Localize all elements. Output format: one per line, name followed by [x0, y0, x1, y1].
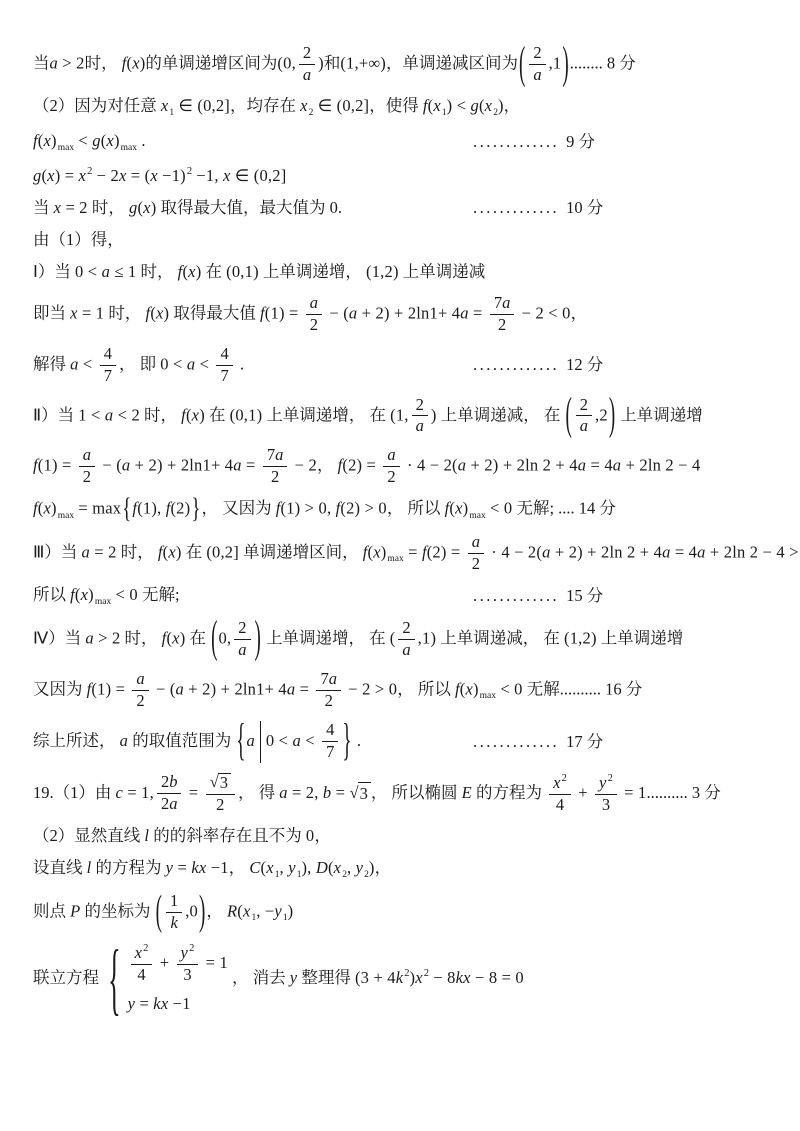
text: 即当: [33, 303, 70, 322]
denominator: 2: [79, 467, 95, 487]
fraction: 2a: [234, 619, 250, 660]
math-text: < g(x): [74, 131, 120, 150]
math-text: (1,+∞): [340, 53, 386, 72]
denominator: 2: [494, 315, 510, 335]
leader-dots: .............: [473, 132, 559, 151]
math-text: f(x): [162, 628, 186, 647]
score-label: 15 分: [566, 586, 603, 605]
fraction: y23: [177, 943, 199, 985]
math-text: a: [120, 730, 128, 749]
denominator: a: [299, 65, 315, 85]
math-text: = 1: [201, 953, 228, 972]
math-text: f(x): [70, 585, 94, 604]
math-text: − 2 < 0: [517, 303, 570, 322]
text: Ⅲ）当: [33, 542, 82, 561]
text: ， 所以: [397, 679, 455, 698]
math-text: − 2x = (x −1): [92, 166, 186, 185]
math-text: f(2) =: [338, 456, 381, 475]
text: Ⅰ）当: [33, 262, 75, 281]
text: 当: [33, 53, 50, 72]
leader-dots: .............: [473, 355, 559, 374]
math-text: =: [184, 783, 202, 802]
text: .......... 3 分: [646, 783, 720, 802]
math-text: x = 2: [54, 198, 88, 217]
math-text: c = 1,: [116, 783, 154, 802]
math-text: f(1) =: [87, 679, 130, 698]
text: 取得最大值，最大值为 0.: [156, 198, 342, 217]
denominator: 2: [212, 795, 228, 815]
score-leader: .............15 分: [473, 585, 603, 607]
fraction: a2: [79, 446, 95, 487]
math-text: ,2: [595, 405, 608, 424]
text: ， 所以椭圆: [371, 783, 462, 802]
text: 在: [185, 628, 210, 647]
fraction: 2a: [412, 396, 428, 437]
radicand: 3: [358, 782, 371, 805]
exam-solution-page: 当a > 2时， f(x)的单调递增区间为(0,2a)和(1,+∞)，单调递减区…: [0, 0, 800, 1131]
text: 上单调递增，: [259, 262, 366, 281]
numerator: y2: [177, 943, 199, 965]
math-text: − 2: [290, 456, 317, 475]
text: ，均存在: [230, 96, 300, 115]
math-text: .: [137, 131, 146, 150]
denominator: 2: [132, 691, 148, 711]
big-paren: ): [198, 884, 206, 940]
numerator: a: [79, 446, 95, 467]
numerator: √3: [206, 773, 235, 795]
math-text: · 4 − 2(a + 2) + 2ln 2 + 4a = 4a + 2ln 2…: [403, 456, 701, 475]
big-paren: (: [564, 385, 572, 447]
divider-bar: [260, 721, 261, 763]
math-text: (1,2): [564, 628, 597, 647]
math-text: f(x): [455, 679, 479, 698]
text: 由（1）得，: [33, 230, 124, 249]
math-text: ,0: [185, 901, 198, 920]
fraction: 2a: [398, 619, 414, 660]
math-text: = max: [74, 499, 121, 518]
fraction: 47: [322, 721, 338, 762]
math-text: − 8kx − 8 = 0: [429, 968, 524, 987]
numerator: 7a: [263, 446, 288, 467]
text: ，: [229, 858, 250, 877]
text: 单调递增区间，: [239, 542, 363, 561]
text: 当: [33, 198, 54, 217]
denominator: 3: [598, 795, 614, 815]
text: 上单调递增: [597, 628, 684, 647]
math-text: (0,2]: [206, 542, 239, 561]
denominator: 2: [306, 315, 322, 335]
sqrt: √3: [210, 773, 231, 793]
text: 又因为: [33, 679, 87, 698]
text: 时，: [85, 53, 122, 72]
text: 上单调递减， 在: [437, 405, 565, 424]
math-text: − (a + 2) + 2ln1+ 4a =: [325, 303, 487, 322]
numerator: x2: [131, 943, 153, 965]
text: 解得: [33, 354, 70, 373]
solution-line-1: 当a > 2时， f(x)的单调递增区间为(0,2a)和(1,+∞)，单调递减区…: [33, 44, 772, 85]
big-paren: (: [210, 608, 218, 670]
leader-dots: .............: [473, 732, 559, 751]
superscript: 2: [608, 773, 613, 784]
math-text: , −y: [256, 901, 282, 920]
denominator: k: [166, 913, 181, 933]
math-text: ∈ (0,2]: [174, 96, 230, 115]
text: 设直线: [33, 858, 87, 877]
big-paren: ): [561, 34, 569, 96]
superscript: 2: [189, 943, 194, 954]
text: 上单调递增， 在: [262, 628, 390, 647]
subscript: max: [95, 597, 111, 607]
math-text: 0 < a <: [266, 730, 319, 749]
math-text: (0,1): [230, 405, 263, 424]
text: 无解.......... 16 分: [523, 679, 643, 698]
math-text: − 2 > 0: [344, 679, 397, 698]
math-text: P: [70, 901, 80, 920]
math-text: x: [161, 96, 169, 115]
math-text: = 1: [620, 783, 647, 802]
text: ， 消去: [232, 968, 290, 987]
fraction: 2a: [299, 44, 315, 85]
math-text: .: [236, 354, 245, 373]
denominator: 4: [552, 795, 568, 815]
math-text: f(1) > 0, f(2) > 0: [276, 499, 387, 518]
math-text: f(1), f(2): [132, 499, 190, 518]
math-text: · 4 − 2(a + 2) + 2ln 2 + 4a = 4a + 2ln 2…: [487, 542, 800, 561]
solution-line-15: Ⅳ）当 a > 2 时， f(x) 在 (0,2a) 上单调递增， 在 (2a,…: [33, 619, 772, 660]
numerator: 2: [398, 619, 414, 640]
denominator: 7: [216, 366, 232, 386]
math-text: (1,2): [366, 262, 399, 281]
math-text: (0,: [277, 53, 295, 72]
fraction: 7a2: [490, 294, 515, 335]
math-text: − (a + 2) + 2ln1+ 4a =: [98, 456, 260, 475]
denominator: 2: [321, 691, 337, 711]
text: ........ 8 分: [570, 53, 636, 72]
math-text: < 0: [496, 679, 523, 698]
math-text: f(1) =: [33, 456, 76, 475]
fraction: 1k: [166, 892, 182, 933]
math-text: 0,: [218, 628, 231, 647]
math-text: )x: [410, 968, 423, 987]
solution-line-12: f(x)max = max{f(1), f(2)}， 又因为 f(1) > 0,…: [33, 497, 772, 523]
math-text: − (a + 2) + 2ln1+ 4a =: [152, 679, 314, 698]
denominator: 2: [267, 467, 283, 487]
text: 时，: [117, 542, 158, 561]
leader-dots: .............: [473, 198, 559, 217]
fraction: 2b2a: [157, 773, 182, 814]
text: 在: [205, 405, 230, 424]
numerator: 7a: [316, 670, 341, 691]
math-text: < 0: [111, 585, 138, 604]
fraction: a2: [383, 446, 399, 487]
text: （2）显然直线: [33, 826, 144, 845]
fraction: a2: [132, 670, 148, 711]
math-text: f(x): [445, 499, 469, 518]
text: ， 又因为: [201, 499, 275, 518]
math-text: ,1): [418, 628, 436, 647]
denominator: 4: [133, 965, 149, 985]
solution-line-9: 解得 a < 47， 即 0 < a < 47 ..............12…: [33, 345, 772, 386]
solution-line-20: 设直线 l 的方程为 y = kx −1， C(x1, y1), D(x2, y…: [33, 857, 772, 882]
numerator: x2: [549, 773, 571, 795]
math-text: a = 2, b =: [279, 783, 349, 802]
math-text: g(x): [129, 198, 156, 217]
text: （2）因为对任意: [33, 96, 161, 115]
denominator: 7: [322, 742, 338, 762]
text: 的取值范围为: [128, 730, 235, 749]
system-rows: x24 + y23 = 1y = kx −1: [128, 943, 228, 1015]
text: Ⅱ）当: [33, 405, 78, 424]
text: ，: [504, 96, 521, 115]
math-text: C(x: [249, 858, 273, 877]
text: ，: [317, 456, 338, 475]
math-text: x: [300, 96, 308, 115]
numerator: 1: [166, 892, 182, 913]
text: 则点: [33, 901, 70, 920]
text: 综上所述，: [33, 730, 120, 749]
subscript: max: [121, 143, 137, 153]
text: ， 所以: [387, 499, 445, 518]
solution-line-22: 联立方程 {x24 + y23 = 1y = kx −1， 消去 y 整理得 (…: [33, 943, 772, 1015]
radicand: 3: [218, 773, 231, 793]
text: 19.（1）由: [33, 783, 116, 802]
fraction: x24: [131, 943, 153, 985]
numerator: 2: [299, 44, 315, 65]
text: 联立方程: [33, 968, 103, 987]
subscript: max: [58, 511, 74, 521]
solution-line-11: f(1) = a2 − (a + 2) + 2ln1+ 4a = 7a2 − 2…: [33, 446, 772, 487]
solution-line-16: 又因为 f(1) = a2 − (a + 2) + 2ln1+ 4a = 7a2…: [33, 670, 772, 711]
numerator: 7a: [490, 294, 515, 315]
denominator: a: [234, 640, 250, 660]
system-row: x24 + y23 = 1: [128, 943, 228, 985]
text: 的的斜率存在且不为: [149, 826, 306, 845]
math-text: , y: [347, 858, 363, 877]
text: 取得最大值: [169, 303, 260, 322]
fraction: 7a2: [316, 670, 341, 711]
math-text: a: [246, 730, 254, 749]
fraction: a2: [306, 294, 322, 335]
big-paren: (: [155, 884, 163, 940]
score-label: 12 分: [566, 355, 603, 374]
document-body: 当a > 2时， f(x)的单调递增区间为(0,2a)和(1,+∞)，单调递减区…: [33, 44, 772, 1015]
math-text: g(x) = x: [33, 166, 86, 185]
fraction: 47: [100, 345, 116, 386]
denominator: 2a: [157, 794, 182, 814]
math-text: = f(2) =: [404, 542, 465, 561]
math-text: y = kx −1: [166, 858, 229, 877]
text: 在: [182, 542, 207, 561]
fraction: √32: [206, 773, 235, 815]
fraction: x24: [549, 773, 571, 815]
math-text: a > 2: [50, 53, 85, 72]
solution-line-18: 19.（1）由 c = 1,2b2a = √32， 得 a = 2, b = √…: [33, 773, 772, 815]
text: 时，: [104, 303, 145, 322]
subscript: max: [58, 143, 74, 153]
numerator: a: [383, 446, 399, 467]
text: 时，: [120, 628, 161, 647]
text: ， 即: [119, 354, 160, 373]
math-text: y: [181, 943, 189, 962]
math-text: f(x): [181, 405, 205, 424]
solution-line-14: 所以 f(x)max < 0 无解;.............15 分: [33, 584, 772, 609]
fraction: a2: [468, 533, 484, 574]
text: 上单调递减， 在: [436, 628, 564, 647]
math-text: ∈ (0,2]: [313, 96, 369, 115]
subscript: max: [387, 554, 403, 564]
score-leader: .............12 分: [473, 354, 603, 376]
math-text: f(x): [33, 499, 57, 518]
numerator: 2: [529, 44, 545, 65]
math-text: R(x: [227, 901, 251, 920]
score-label: 9 分: [566, 132, 595, 151]
text: ，: [375, 858, 392, 877]
text: Ⅳ）当: [33, 628, 85, 647]
math-text: ): [288, 901, 294, 920]
text: ，: [206, 901, 227, 920]
math-text: (3 + 4k: [355, 968, 403, 987]
math-text: x: [553, 773, 561, 792]
math-text: y = kx −1: [128, 994, 191, 1013]
denominator: a: [412, 416, 428, 436]
superscript: 2: [143, 943, 148, 954]
solution-line-4: g(x) = x2 − 2x = (x −1)2 −1, x ∈ (0,2]: [33, 165, 772, 187]
solution-line-2: （2）因为对任意 x1 ∈ (0,2]，均存在 x2 ∈ (0,2]，使得 f(…: [33, 95, 772, 120]
text: ，: [314, 826, 331, 845]
numerator: 4: [216, 345, 232, 366]
big-brace: {: [121, 491, 132, 529]
math-text: y: [599, 773, 607, 792]
math-text: 0 < a ≤ 1: [75, 262, 136, 281]
math-text: ,1: [549, 53, 562, 72]
big-paren: (: [518, 34, 526, 96]
fraction: 47: [216, 345, 232, 386]
math-text: ), D(x: [301, 858, 341, 877]
solution-line-21: 则点 P 的坐标为 (1k,0)， R(x1, −y1): [33, 892, 772, 933]
solution-line-10: Ⅱ）当 1 < a < 2 时， f(x) 在 (0,1) 上单调递增， 在 (…: [33, 396, 772, 437]
numerator: 2: [412, 396, 428, 417]
solution-line-3: f(x)max < g(x)max ..............9 分: [33, 130, 772, 155]
math-text: 0 < a <: [160, 354, 213, 373]
big-brace: }: [190, 491, 201, 529]
math-text: f(x): [178, 262, 202, 281]
numerator: 2b: [157, 773, 182, 794]
score-leader: .............9 分: [473, 131, 595, 153]
numerator: a: [306, 294, 322, 315]
system-row: y = kx −1: [128, 993, 191, 1015]
math-text: (: [390, 628, 396, 647]
numerator: 4: [100, 345, 116, 366]
subscript: max: [480, 691, 496, 701]
numerator: y2: [595, 773, 617, 795]
math-text: a <: [70, 354, 97, 373]
text: 在: [201, 262, 226, 281]
math-text: f(x): [122, 53, 146, 72]
text: 上单调递减: [399, 262, 486, 281]
text: 时，: [88, 198, 129, 217]
math-text: f(x): [158, 542, 182, 561]
text: 无解; .... 14 分: [512, 499, 616, 518]
solution-line-8: 即当 x = 1 时， f(x) 取得最大值 f(1) = a2 − (a + …: [33, 294, 772, 335]
solution-line-19: （2）显然直线 l 的的斜率存在且不为 0，: [33, 825, 772, 847]
math-text: f(1) =: [260, 303, 303, 322]
math-text: f(x: [423, 96, 441, 115]
text: ，使得: [369, 96, 423, 115]
math-text: −1, x ∈ (0,2]: [192, 166, 286, 185]
score-label: 17 分: [566, 732, 603, 751]
score-leader: .............17 分: [473, 731, 603, 753]
math-text: (1,: [390, 405, 408, 424]
solution-line-5: 当 x = 2 时， g(x) 取得最大值，最大值为 0............…: [33, 197, 772, 219]
text: 上单调递增， 在: [262, 405, 390, 424]
math-text: 1 < a < 2: [78, 405, 140, 424]
text: 的方程为: [91, 858, 165, 877]
fraction: 2a: [529, 44, 545, 85]
numerator: 4: [322, 721, 338, 742]
big-brace: {: [107, 925, 121, 1034]
math-text: E: [462, 783, 472, 802]
equation-system: {x24 + y23 = 1y = kx −1: [107, 943, 228, 1015]
math-text: .: [353, 730, 362, 749]
fraction: 7a2: [263, 446, 288, 487]
math-text: +: [574, 783, 592, 802]
leader-dots: .............: [473, 586, 559, 605]
text: 所以: [33, 585, 70, 604]
fraction: 2a: [576, 396, 592, 437]
numerator: 2: [234, 619, 250, 640]
solution-line-6: 由（1）得，: [33, 229, 772, 251]
math-text: a = 2: [82, 542, 117, 561]
text: 上单调递增: [616, 405, 703, 424]
text: 整理得: [297, 968, 355, 987]
solution-line-17: 综上所述， a 的取值范围为 {a0 < a < 47} ...........…: [33, 721, 772, 763]
fraction: y23: [595, 773, 617, 815]
text: 无解;: [138, 585, 180, 604]
math-text: f(x): [363, 542, 387, 561]
sqrt: √3: [350, 782, 371, 805]
solution-line-7: Ⅰ）当 0 < a ≤ 1 时， f(x) 在 (0,1) 上单调递增， (1,…: [33, 261, 772, 283]
text: 时，: [136, 262, 177, 281]
big-paren: ): [254, 608, 262, 670]
math-text: , y: [280, 858, 296, 877]
big-brace: }: [341, 711, 352, 773]
superscript: 2: [562, 773, 567, 784]
numerator: a: [468, 533, 484, 554]
denominator: 2: [383, 467, 399, 487]
math-text: a > 2: [85, 628, 120, 647]
solution-line-13: Ⅲ）当 a = 2 时， f(x) 在 (0,2] 单调递增区间， f(x)ma…: [33, 533, 772, 574]
text: ，: [571, 303, 588, 322]
denominator: a: [529, 65, 545, 85]
math-text: < 0: [486, 499, 513, 518]
big-paren: ): [608, 385, 616, 447]
subscript: max: [469, 511, 485, 521]
numerator: a: [132, 670, 148, 691]
denominator: 3: [179, 965, 195, 985]
big-brace: {: [235, 711, 246, 773]
denominator: 2: [468, 554, 484, 574]
numerator: 2: [576, 396, 592, 417]
text: 的坐标为: [80, 901, 154, 920]
text: 时，: [140, 405, 181, 424]
math-text: +: [155, 953, 173, 972]
score-label: 10 分: [566, 198, 603, 217]
score-leader: .............10 分: [473, 197, 603, 219]
denominator: 7: [100, 366, 116, 386]
text: 的方程为: [472, 783, 546, 802]
text: ，单调递减区间为: [386, 53, 518, 72]
denominator: a: [576, 416, 592, 436]
